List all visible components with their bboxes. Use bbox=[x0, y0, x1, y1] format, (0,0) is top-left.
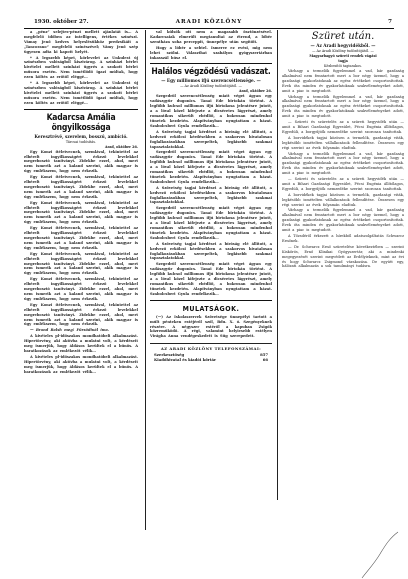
quote: — Brand Balsh meg! Fürsödinál ima. bbox=[24, 328, 138, 333]
article-text: — Dr. Schwarcz Ernő szüretelése következ… bbox=[282, 245, 404, 270]
article-text: A borvidékek tagjai közösen a termelők, … bbox=[282, 136, 404, 151]
phone-row: Kiadóhivatal és kiadói kőrtár 66 bbox=[150, 357, 272, 363]
headline: Halálos végződésű vadászat. bbox=[150, 67, 272, 77]
article-text: A Szövetség tagjai kérdései a bíróság el… bbox=[150, 130, 272, 150]
article-text: a „pénz” selejtes-pénzt mellett ajánlatá… bbox=[24, 30, 138, 55]
divider bbox=[150, 63, 272, 64]
article-text: Egy Konzi ítéletvecnek, szemlával, tekin… bbox=[24, 277, 138, 302]
headline: Kadarcsa Amália öngyilkossága bbox=[24, 113, 138, 133]
article-text: Hogy a lóbér a sebtel. Ismerve ez evési,… bbox=[150, 46, 272, 61]
article-text: Szegedröl szerencsétlenség miatt véget á… bbox=[150, 206, 272, 240]
section-heading: MULATSÁGOK. bbox=[150, 304, 272, 314]
article-text: Egy Konzi ítéletvecnek, szemlával, tekin… bbox=[24, 226, 138, 251]
article-text: Egy Konzi ítéletvecnek, szemlával, tekin… bbox=[24, 201, 138, 226]
article-text: — Szüreti és szüretelés az a szüreti heg… bbox=[282, 177, 404, 192]
phone-box: AZ ARADI KÖZLÖNY TELEFONSZÁMAI: Szerkesz… bbox=[150, 343, 272, 363]
article-text: Szegedröl szerencsétlenség miatt véget á… bbox=[150, 262, 272, 296]
article-text: Szegedröl szerencsétlenség miatt véget á… bbox=[150, 94, 272, 128]
article-text: (—) Az Iskolaszervek Szövetsége ünnepély… bbox=[150, 315, 272, 340]
column-1: a „pénz” selejtes-pénzt mellett ajánlatá… bbox=[24, 30, 138, 470]
article-text: A kivételes pl-időszakos mondhatóbeli al… bbox=[24, 355, 138, 375]
article-text: — Szüreti és szüretelés az a szüreti heg… bbox=[282, 120, 404, 135]
divider bbox=[150, 300, 272, 301]
page-header: 1930. október 27. ARADI KÖZLÖNY 7 bbox=[24, 16, 394, 29]
article-text: Várhagy a termelők figyelemmel a vad, bá… bbox=[282, 95, 404, 120]
article-text: Egy Konzi ítéletvecnek, szemlával, tekin… bbox=[24, 252, 138, 277]
article-text: A Szövetség tagjai kérdései a bíróság el… bbox=[150, 186, 272, 206]
article-text: Várhagy a termelők figyelemmel a vad, bá… bbox=[282, 69, 404, 94]
subheadline: Keresztrévé, szerelem, bosszú, ambíció. bbox=[24, 134, 138, 140]
headline: Szüret után. bbox=[282, 30, 404, 43]
column-2: val külsők ott nem a magasabb ösztönzésé… bbox=[145, 30, 272, 530]
article-text: Szegedröl szerencsétlenség miatt véget á… bbox=[150, 150, 272, 184]
article-text: val külsők ott nem a magasabb ösztönzésé… bbox=[150, 30, 272, 45]
phone-label: Kiadóhivatal és kiadói kőrtár bbox=[154, 357, 216, 363]
newspaper-title: ARADI KÖZLÖNY bbox=[24, 19, 394, 25]
article-text: * A legszebb képet, körlevelet az Unkule… bbox=[24, 81, 138, 106]
article-text: A kivételes pl-időszakos mondhatóbeli al… bbox=[24, 334, 138, 354]
column-3: Szüret után. — Az Aradi hegyvidékből. — … bbox=[277, 30, 404, 500]
article-text: Egy Konzi ítéletvecnek, szemlával, tekin… bbox=[24, 303, 138, 328]
article-text: A Tőzsdéről érkezett a hírekből adatszol… bbox=[282, 234, 404, 244]
article-text: Egy Konzi ítéletvecnek, szemlával, tekin… bbox=[24, 175, 138, 200]
article-text: Egy Konzi ítéletvecnek, szemlával, tekin… bbox=[24, 150, 138, 175]
article-text: * A legszebb képet, körlevelet az Unkule… bbox=[24, 56, 138, 81]
article-text: Várhagy a termelők figyelemmel a vad, bá… bbox=[282, 152, 404, 177]
handwritten-mark-icon bbox=[360, 530, 400, 579]
divider bbox=[24, 109, 138, 110]
article-text: A Szövetség tagjai kérdései a bíróság el… bbox=[150, 242, 272, 262]
article-text: A borvidékek tagjai közösen a termelők, … bbox=[282, 193, 404, 208]
article-text: Várhagy a termelők figyelemmel a vad, bá… bbox=[282, 208, 404, 233]
phone-number: 66 bbox=[263, 357, 268, 363]
page-number: 7 bbox=[388, 19, 392, 25]
